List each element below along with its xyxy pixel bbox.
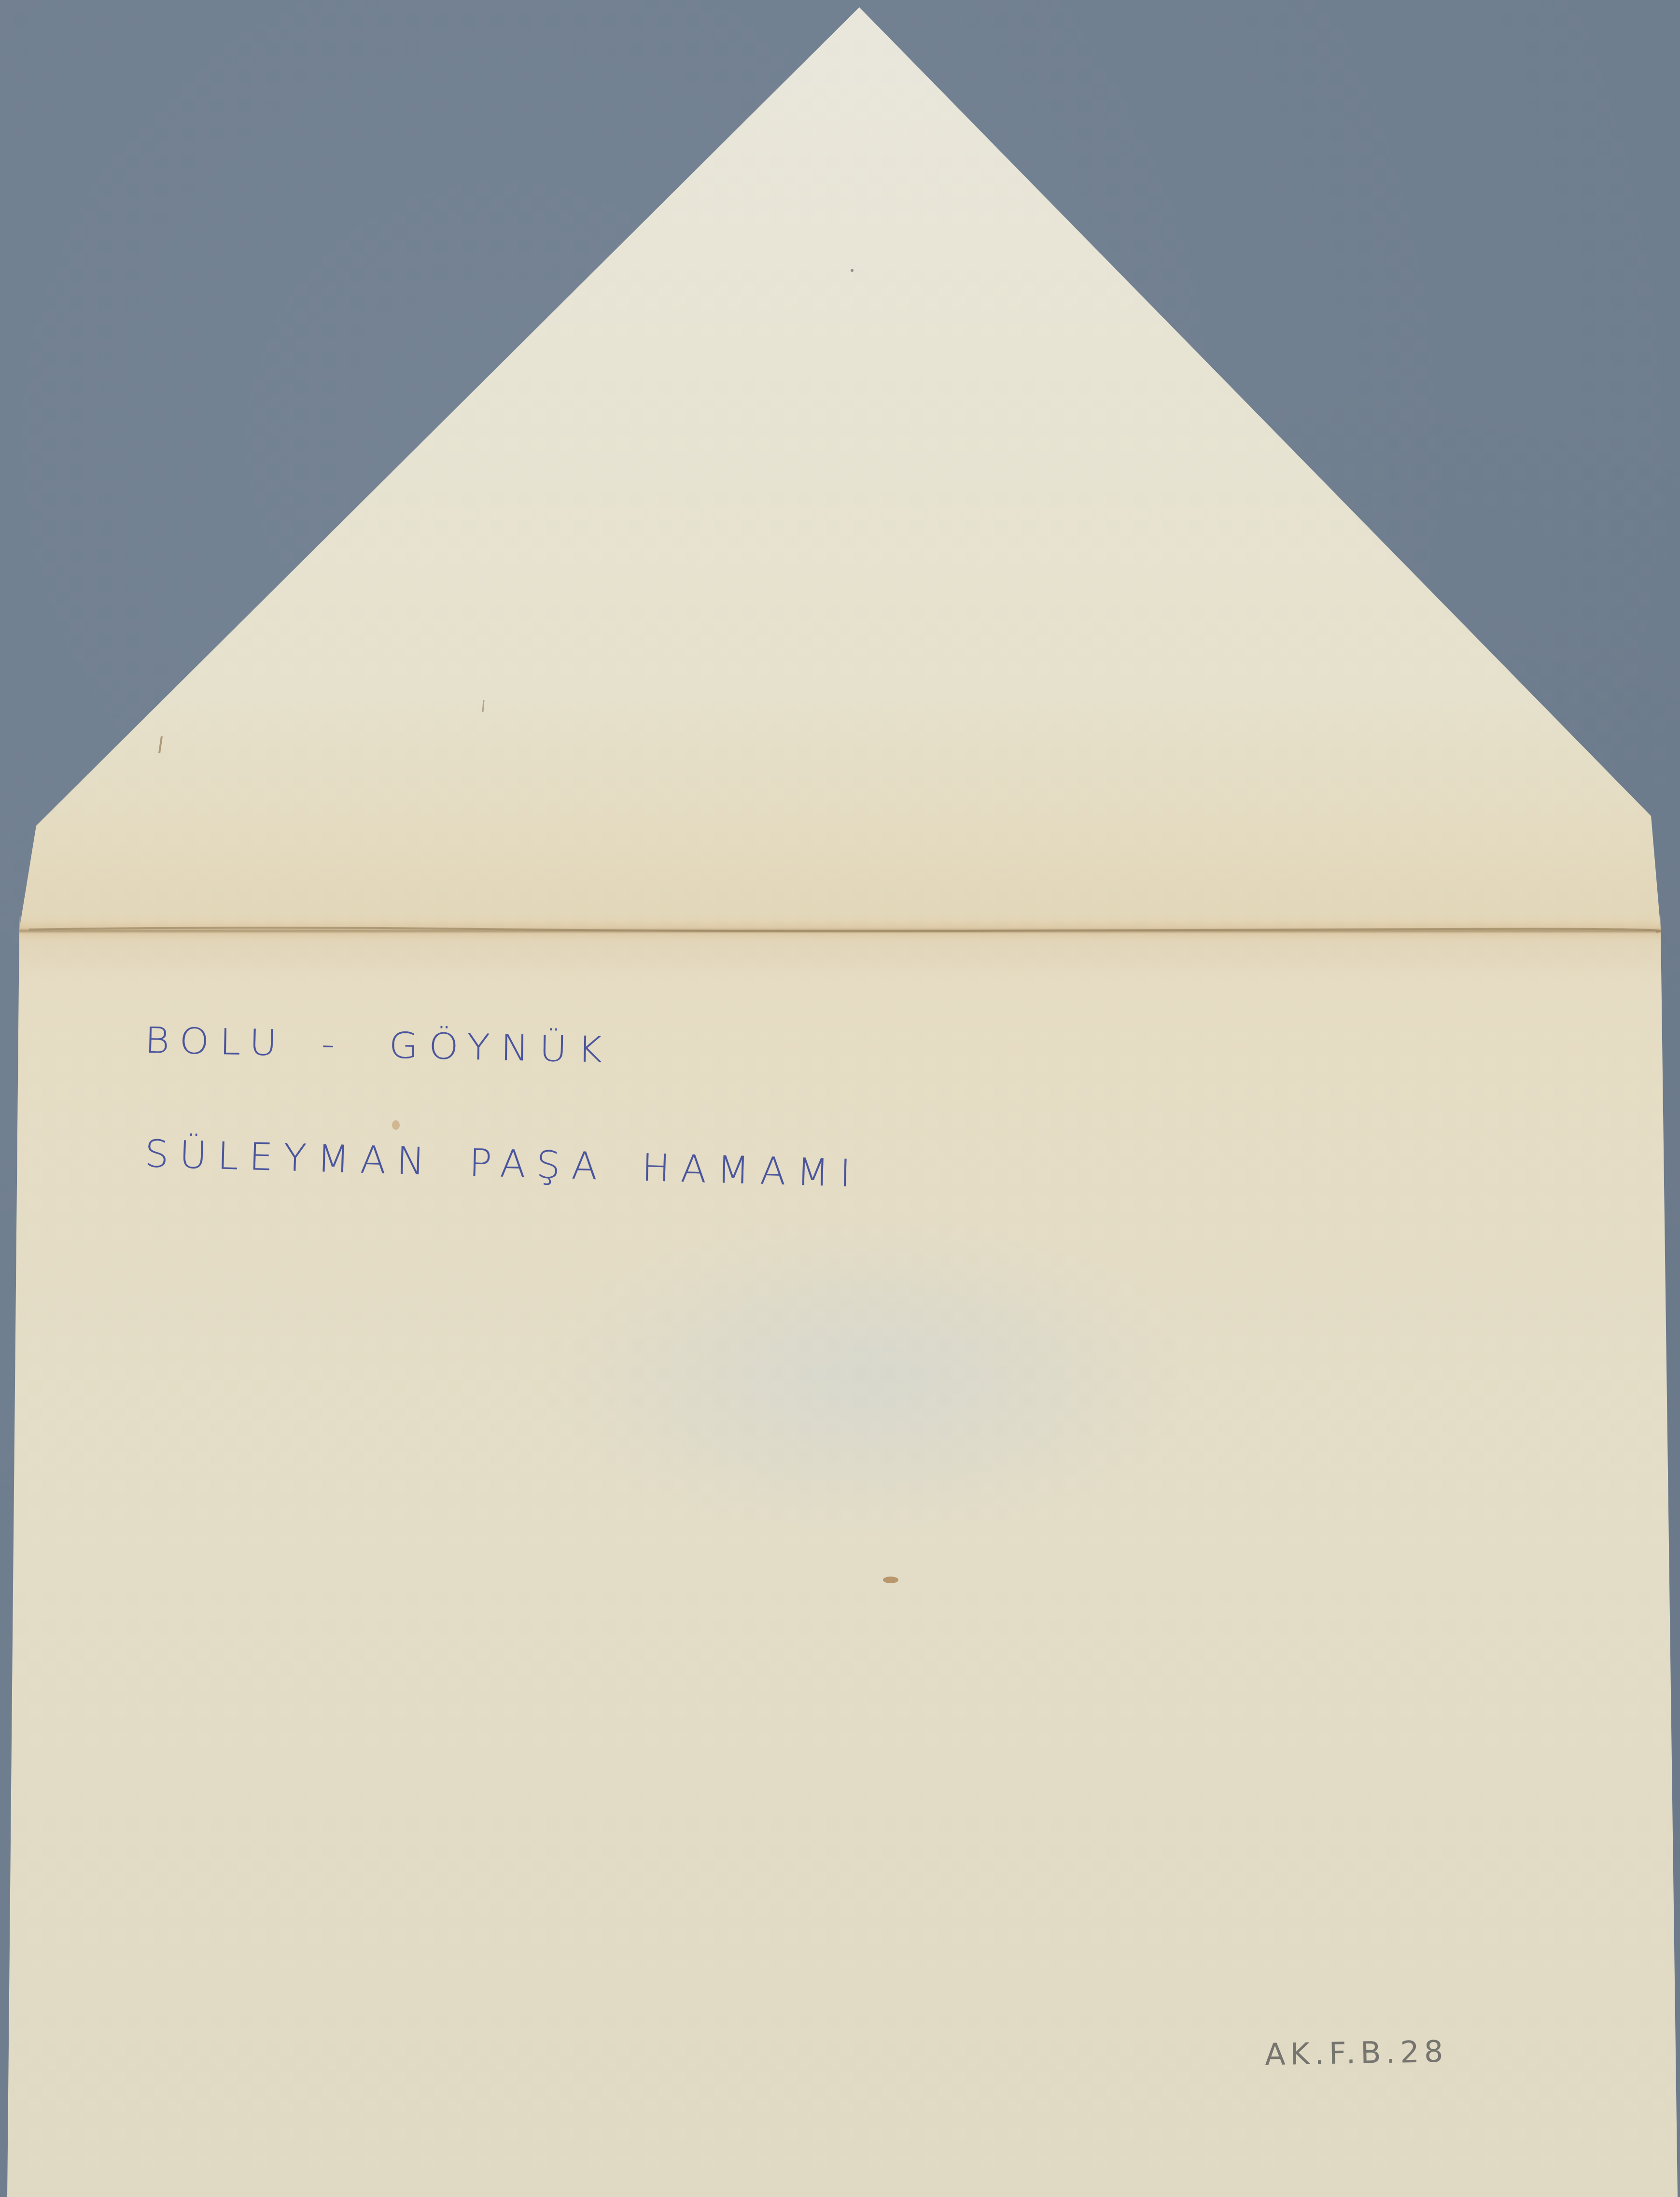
archive-code: AK.F.B.28: [1264, 2034, 1448, 2072]
show-through-shadow: [541, 1217, 1197, 1535]
stain-speck: [883, 1577, 898, 1583]
stain-speck: [851, 269, 854, 272]
paper-fiber: [483, 700, 484, 712]
building-word: HAMAMI: [641, 1146, 862, 1196]
envelope-body: [7, 929, 1678, 2197]
separator: -: [321, 1024, 346, 1066]
district-name: GÖYNÜK: [389, 1025, 614, 1071]
building-word: PAŞA: [468, 1141, 608, 1189]
stain-speck: [392, 1120, 400, 1130]
place-name: BOLU: [144, 1020, 288, 1064]
envelope-illustration: [0, 0, 1680, 2197]
envelope-flap: [19, 7, 1661, 929]
building-word: SÜLEYMAN: [144, 1132, 436, 1184]
scanned-envelope: BOLU-GÖYNÜK SÜLEYMANPAŞAHAMAMI AK.F.B.28: [0, 0, 1680, 2197]
